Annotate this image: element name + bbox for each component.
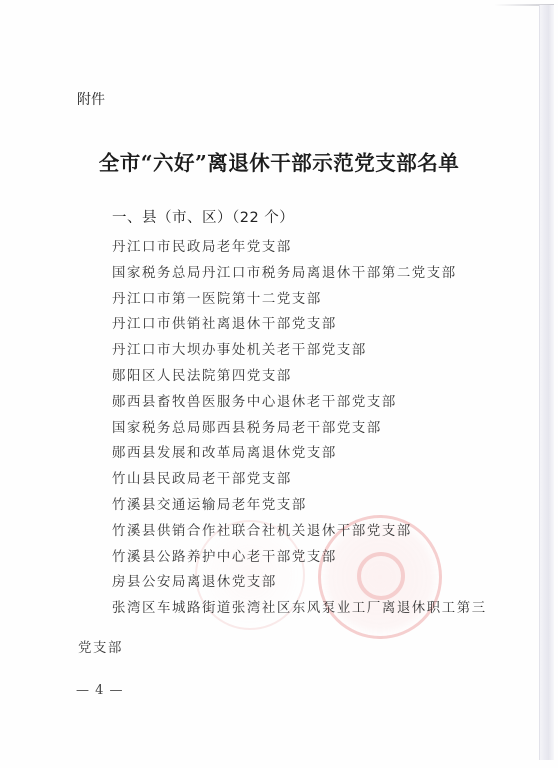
section-heading: 一、县（市、区）（22 个） xyxy=(112,206,294,227)
document-page: 附件 全市“六好”离退休干部示范党支部名单 一、县（市、区）（22 个） 丹江口… xyxy=(0,0,558,768)
list-item-continuation: 党支部 xyxy=(78,637,123,656)
list-item: 郧西县畜牧兽医服务中心退休老干部党支部 xyxy=(112,390,492,416)
list-item: 竹溪县公路养护中心老干部党支部 xyxy=(112,545,492,571)
list-item: 竹溪县供销合作社联合社机关退休干部党支部 xyxy=(112,519,492,545)
attachment-label: 附件 xyxy=(77,89,105,109)
branch-list: 丹江口市民政局老年党支部 国家税务总局丹江口市税务局离退休干部第二党支部 丹江口… xyxy=(112,235,492,622)
list-item: 丹江口市民政局老年党支部 xyxy=(112,235,492,261)
list-item: 竹山县民政局老干部党支部 xyxy=(112,467,492,493)
list-item: 丹江口市第一医院第十二党支部 xyxy=(112,287,492,313)
list-item: 丹江口市供销社离退休干部党支部 xyxy=(112,312,492,338)
list-item: 国家税务总局郧西县税务局老干部党支部 xyxy=(112,416,492,442)
scan-right-edge-shadow xyxy=(539,5,554,760)
list-item: 郧阳区人民法院第四党支部 xyxy=(112,364,492,390)
list-item: 国家税务总局丹江口市税务局离退休干部第二党支部 xyxy=(112,261,492,287)
list-item: 郧西县发展和改革局离退休党支部 xyxy=(112,441,492,467)
page-number: — 4 — xyxy=(76,683,124,698)
list-item: 张湾区车城路街道张湾社区东风泵业工厂离退休职工第三 xyxy=(112,596,492,622)
list-item: 丹江口市大坝办事处机关老干部党支部 xyxy=(112,338,492,364)
list-item: 竹溪县交通运输局老年党支部 xyxy=(112,493,492,519)
document-title: 全市“六好”离退休干部示范党支部名单 xyxy=(0,146,558,176)
list-item: 房县公安局离退休党支部 xyxy=(112,570,492,596)
